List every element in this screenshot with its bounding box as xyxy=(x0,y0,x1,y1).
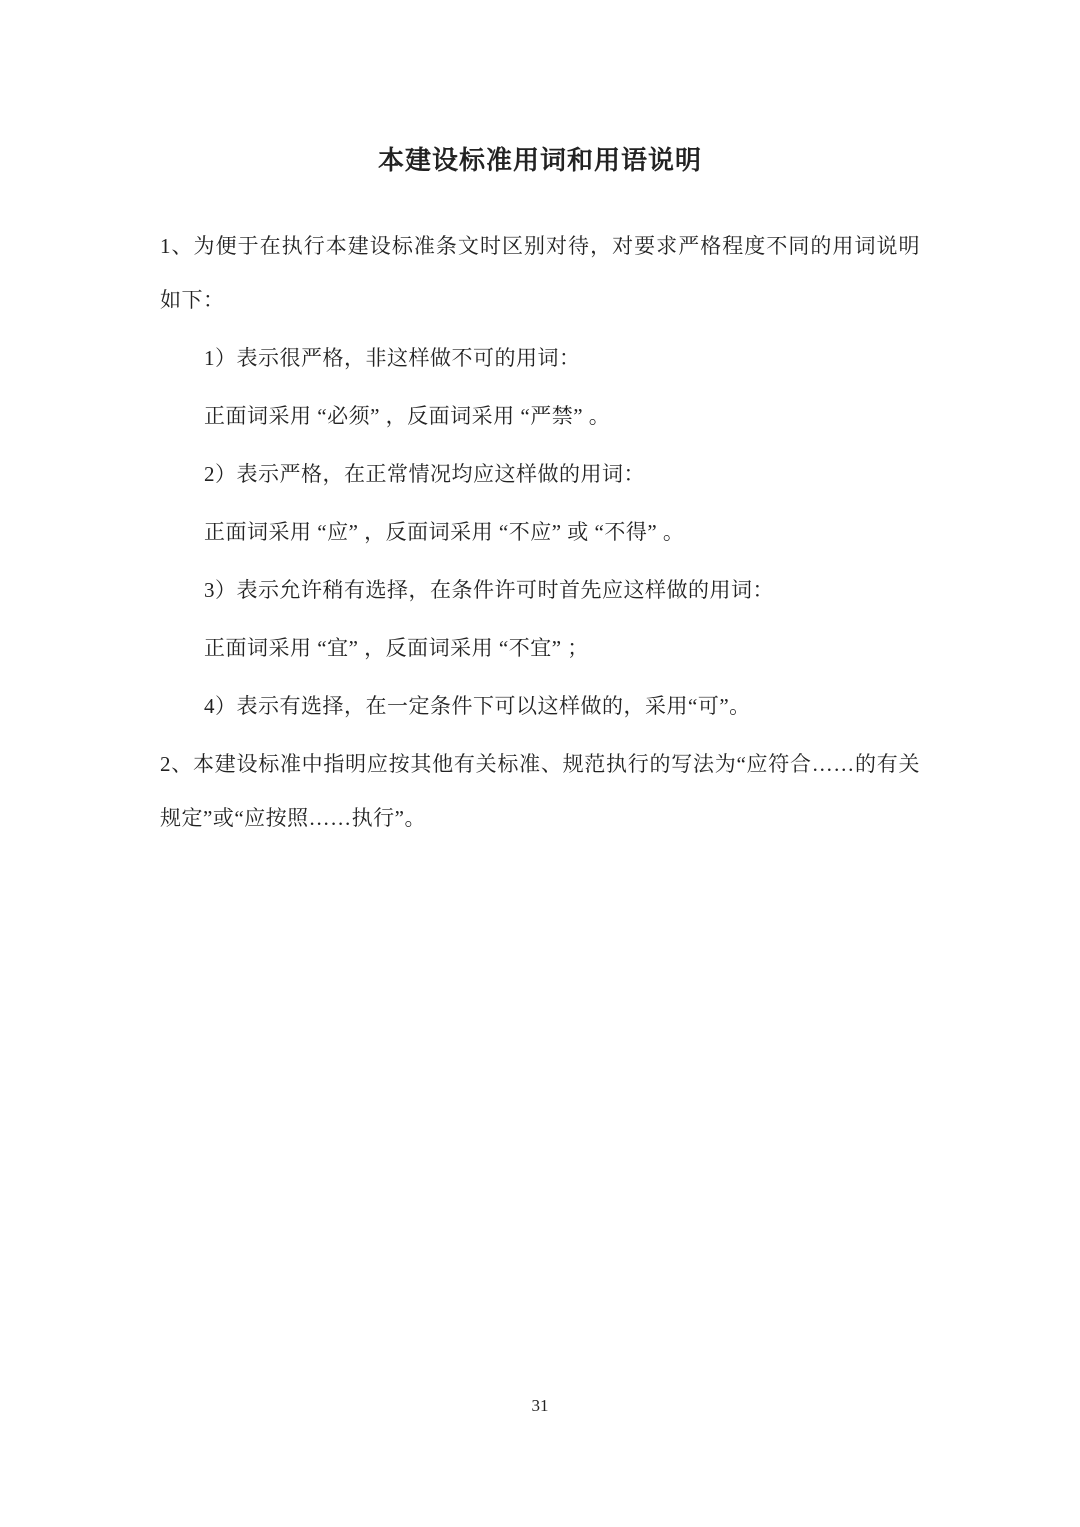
page-number: 31 xyxy=(0,1396,1080,1416)
subitem-3: 3）表示允许稍有选择，在条件许可时首先应这样做的用词： xyxy=(160,563,920,617)
paragraph-1: 1、为便于在执行本建设标准条文时区别对待，对要求严格程度不同的用词说明如下： xyxy=(160,219,920,327)
subitem-1-detail: 正面词采用 “必须” ，反面词采用 “严禁” 。 xyxy=(160,389,920,443)
paragraph-2: 2、本建设标准中指明应按其他有关标准、规范执行的写法为“应符合……的有关规定”或… xyxy=(160,737,920,845)
subitem-1: 1）表示很严格，非这样做不可的用词： xyxy=(160,331,920,385)
subitem-3-detail: 正面词采用 “宜” ，反面词采用 “不宜” ； xyxy=(160,621,920,675)
subitem-4: 4）表示有选择，在一定条件下可以这样做的，采用“可”。 xyxy=(160,679,920,733)
subitem-2-detail: 正面词采用 “应” ，反面词采用 “不应” 或 “不得” 。 xyxy=(160,505,920,559)
document-page: 本建设标准用词和用语说明 1、为便于在执行本建设标准条文时区别对待，对要求严格程… xyxy=(0,0,1080,1527)
subitem-2: 2）表示严格，在正常情况均应这样做的用词： xyxy=(160,447,920,501)
document-body: 1、为便于在执行本建设标准条文时区别对待，对要求严格程度不同的用词说明如下： 1… xyxy=(160,219,920,845)
document-title: 本建设标准用词和用语说明 xyxy=(160,145,920,177)
